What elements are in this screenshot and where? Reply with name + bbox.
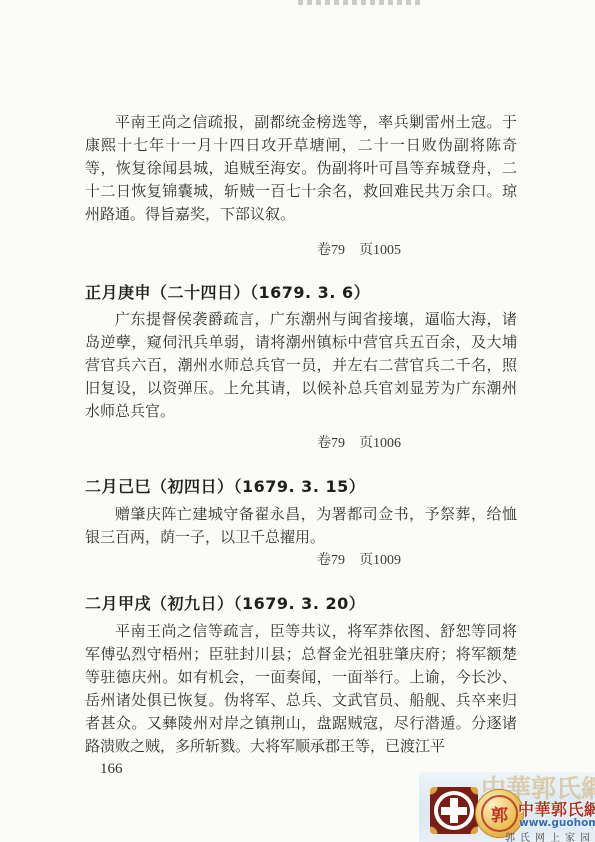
record-entry: 平南王尚之信疏报，副都统金榜选等，率兵剿雷州土寇。于康熙十七年十一月十四日攻开草… (85, 112, 517, 259)
clan-square-seal-icon (430, 787, 478, 834)
seal-character: 郭 (491, 801, 508, 826)
volume-page-reference: 卷79 页1006 (85, 436, 517, 452)
entry-paragraph: 平南王尚之信疏报，副都统金榜选等，率兵剿雷州土寇。于康熙十七年十一月十四日攻开草… (85, 112, 517, 227)
record-entry: 正月庚申（二十四日）（1679. 3. 6） 广东提督侯袭爵疏言，广东潮州与闽省… (85, 283, 517, 452)
record-entry: 二月甲戌（初九日）（1679. 3. 20） 平南王尚之信等疏言，臣等共议，将军… (85, 594, 517, 759)
volume-page-reference: 卷79 页1009 (85, 553, 517, 569)
page-content: 平南王尚之信疏报，副都统金榜选等，率兵剿雷州土寇。于康熙十七年十一月十四日攻开草… (85, 0, 517, 778)
volume-page-reference: 卷79 页1005 (85, 243, 517, 259)
entry-date-heading: 正月庚申（二十四日）（1679. 3. 6） (85, 283, 517, 303)
entry-paragraph: 平南王尚之信等疏言，臣等共议，将军莽依图、舒恕等同将军傅弘烈守梧州；臣驻封川县；… (85, 621, 517, 759)
watermark-site-url: www.guohome.org (519, 817, 595, 829)
scanned-book-page: 平南王尚之信疏报，副都统金榜选等，率兵剿雷州土寇。于康熙十七年十一月十四日攻开草… (0, 0, 595, 842)
record-entry: 二月己巳（初四日）（1679. 3. 15） 赠肇庆阵亡建城守备翟永昌，为署都司… (85, 477, 517, 569)
entry-paragraph: 广东提督侯袭爵疏言，广东潮州与闽省接壤，逼临大海，诸岛逆孽，窥伺汛兵单弱，请将潮… (85, 309, 517, 424)
seal-ring-icon (434, 791, 474, 830)
entry-date-heading: 二月己巳（初四日）（1679. 3. 15） (85, 477, 517, 497)
watermark-tagline: 郭氏网上家园 (505, 829, 595, 842)
entry-date-heading: 二月甲戌（初九日）（1679. 3. 20） (85, 594, 517, 614)
entry-paragraph: 赠肇庆阵亡建城守备翟永昌，为署都司佥书，予祭葬，给恤银三百两，荫一子，以卫千总擢… (85, 504, 517, 550)
watermark-banner: 郭 中華郭氏網 中華郭氏網 www.guohome.org 郭氏网上家园 (419, 772, 595, 842)
